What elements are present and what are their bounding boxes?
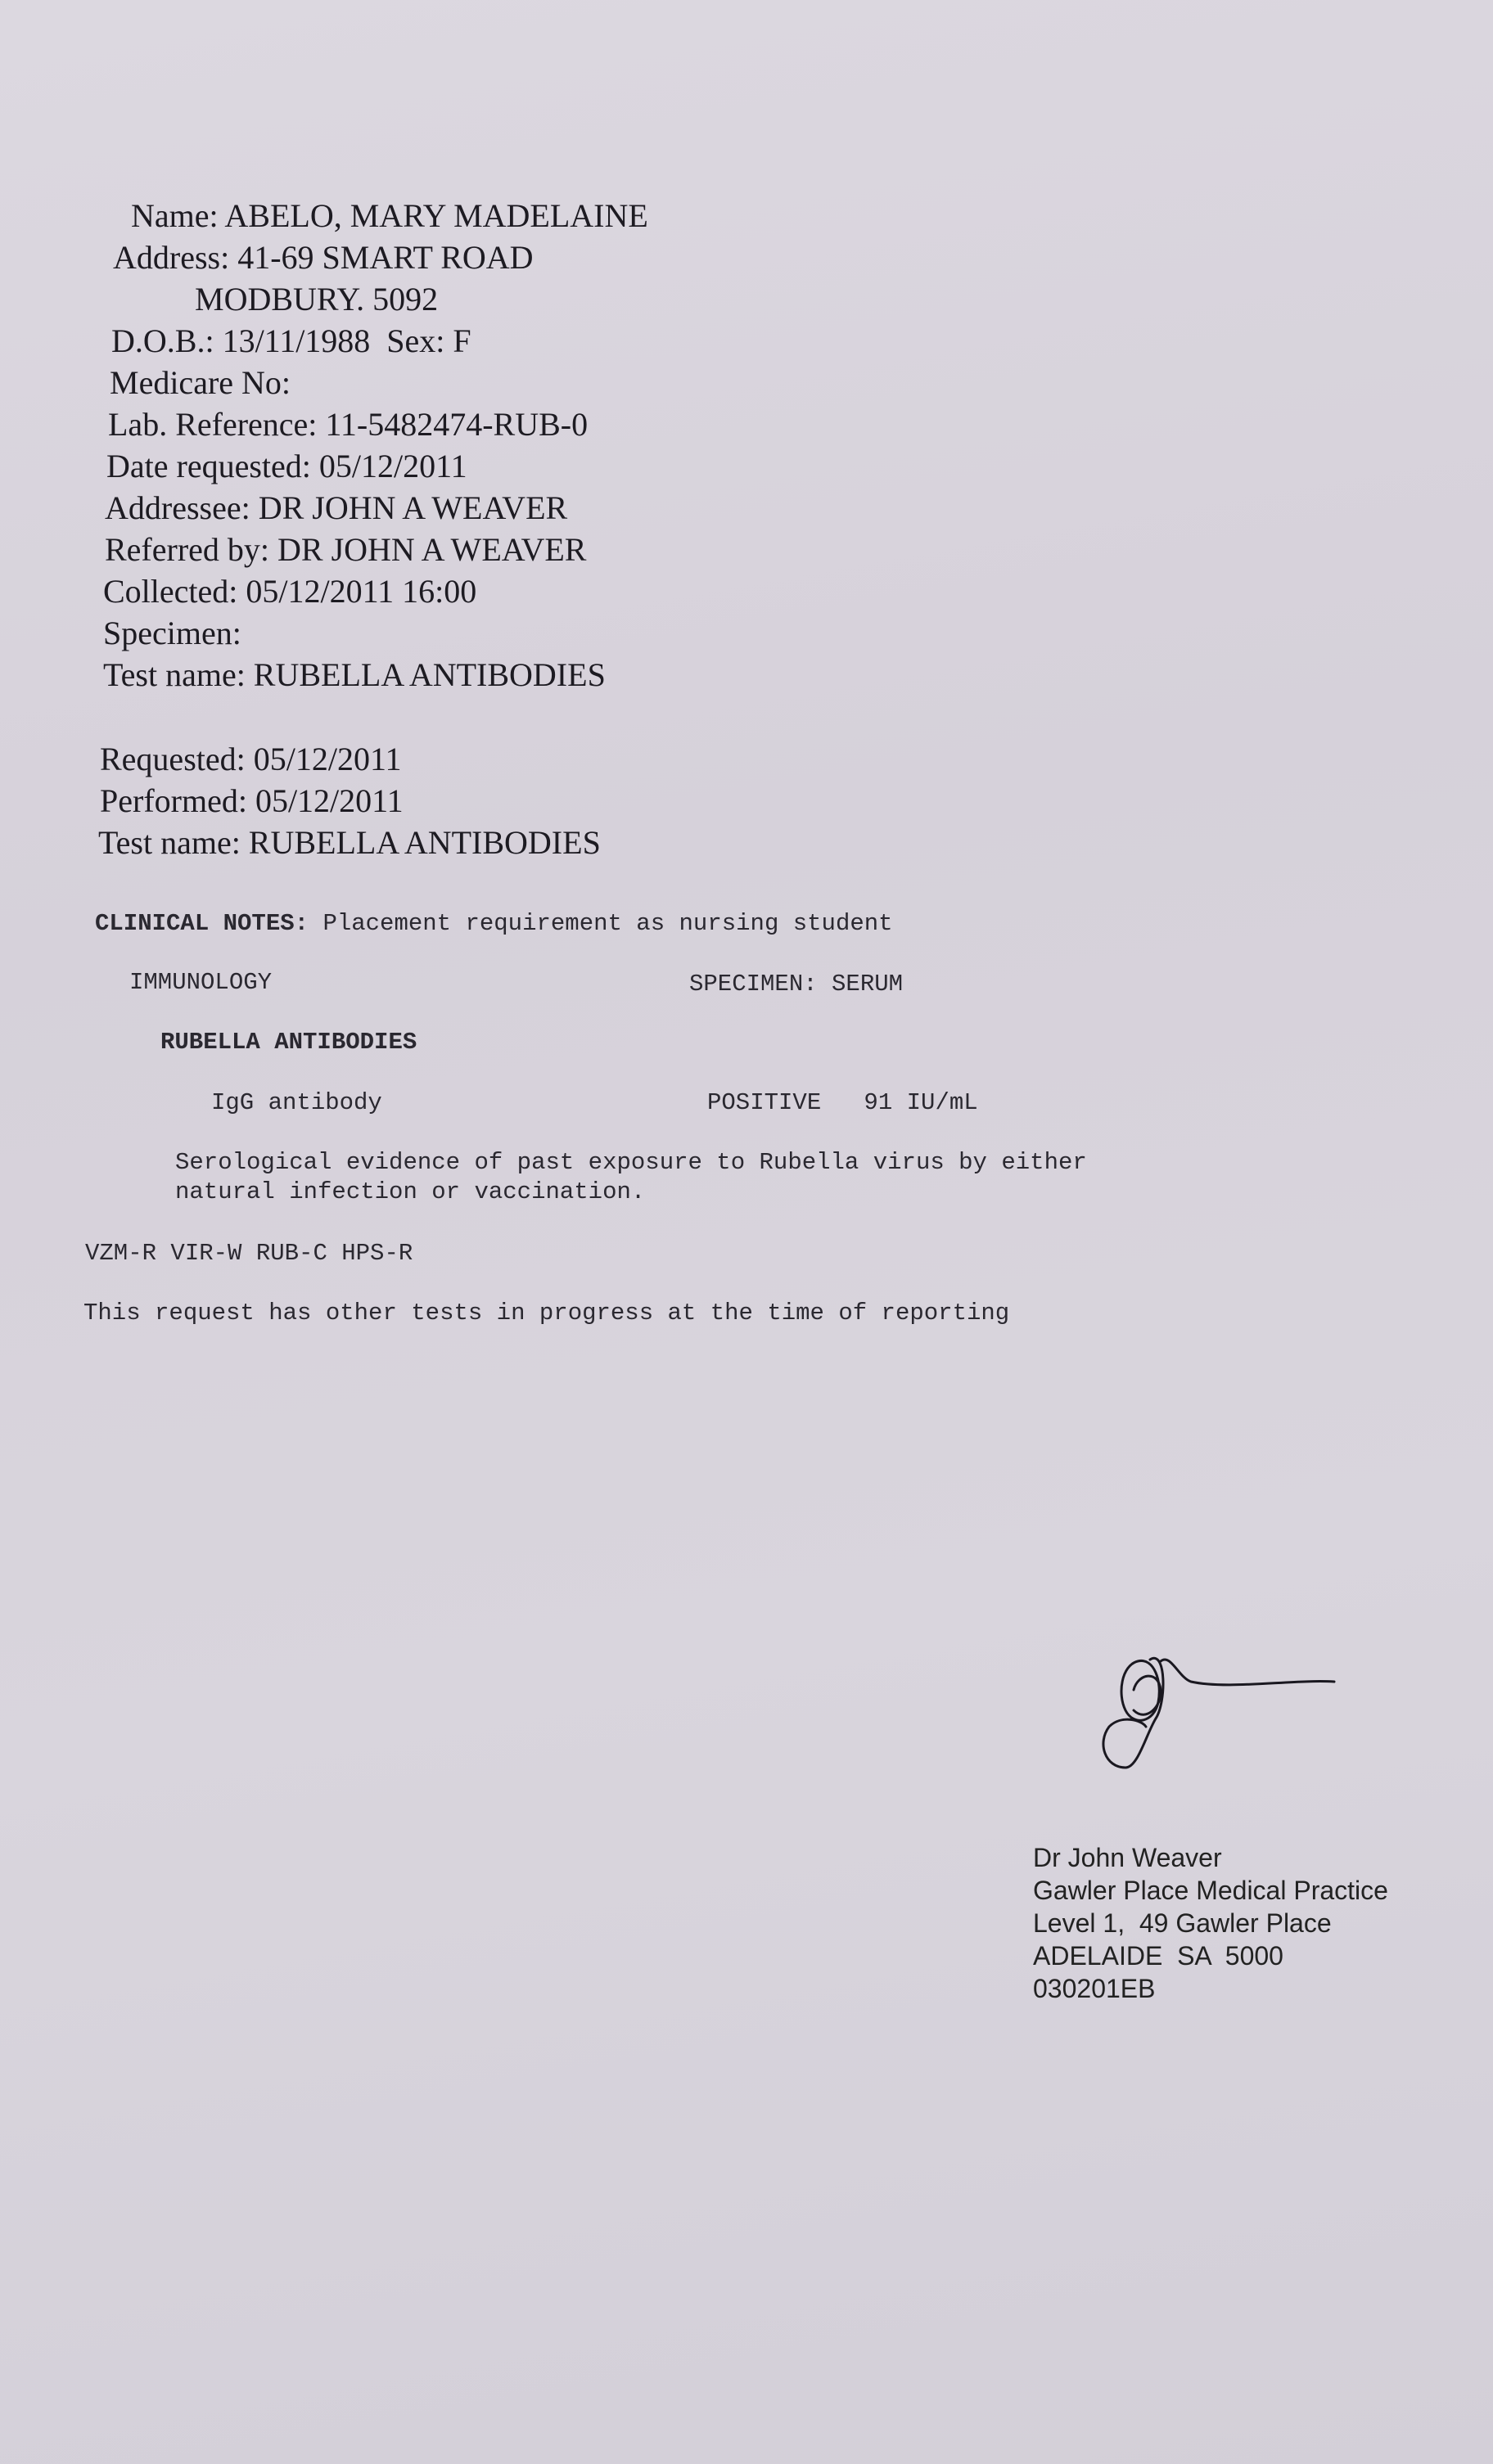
medicare-number: Medicare No:: [110, 362, 291, 403]
clinical-notes: CLINICAL NOTES: Placement requirement as…: [95, 910, 893, 937]
comment-line1: Serological evidence of past exposure to…: [175, 1149, 1087, 1176]
clinical-notes-text: Placement requirement as nursing student: [309, 910, 893, 937]
lab-reference: Lab. Reference: 11-5482474-RUB-0: [108, 403, 588, 445]
date-requested: Date requested: 05/12/2011: [106, 445, 467, 487]
requested-date: Requested: 05/12/2011: [100, 738, 401, 780]
clinical-notes-label: CLINICAL NOTES:: [95, 910, 309, 937]
patient-address-line1: Address: 41-69 SMART ROAD: [113, 236, 534, 278]
specimen-type: SPECIMEN: SERUM: [689, 971, 903, 998]
referred-by: Referred by: DR JOHN A WEAVER: [105, 529, 586, 570]
test-codes: VZM-R VIR-W RUB-C HPS-R: [85, 1240, 413, 1267]
patient-address-line2: MODBURY. 5092: [195, 278, 438, 320]
stamp-doctor-name: Dr John Weaver: [1033, 1841, 1222, 1874]
footer-note: This request has other tests in progress…: [83, 1300, 1009, 1327]
patient-name: Name: ABELO, MARY MADELAINE: [131, 195, 648, 236]
department: IMMUNOLOGY: [129, 969, 272, 996]
patient-dob-sex: D.O.B.: 13/11/1988 Sex: F: [111, 320, 471, 362]
performed-date: Performed: 05/12/2011: [100, 780, 404, 822]
addressee: Addressee: DR JOHN A WEAVER: [105, 487, 567, 529]
result-value: POSITIVE 91 IU/mL: [707, 1089, 978, 1116]
collected: Collected: 05/12/2011 16:00: [103, 570, 476, 612]
stamp-code: 030201EB: [1033, 1972, 1155, 2005]
stamp-practice: Gawler Place Medical Practice: [1033, 1874, 1388, 1907]
stamp-address: Level 1, 49 Gawler Place: [1033, 1907, 1332, 1939]
section-title: RUBELLA ANTIBODIES: [160, 1029, 417, 1056]
comment-line2: natural infection or vaccination.: [175, 1178, 645, 1205]
result-name: IgG antibody: [211, 1089, 382, 1116]
specimen: Specimen:: [103, 612, 241, 654]
stamp-city: ADELAIDE SA 5000: [1033, 1939, 1283, 1972]
test-name: Test name: RUBELLA ANTIBODIES: [103, 654, 606, 696]
test-name-repeat: Test name: RUBELLA ANTIBODIES: [98, 822, 601, 863]
signature-icon: [1089, 1645, 1351, 1784]
